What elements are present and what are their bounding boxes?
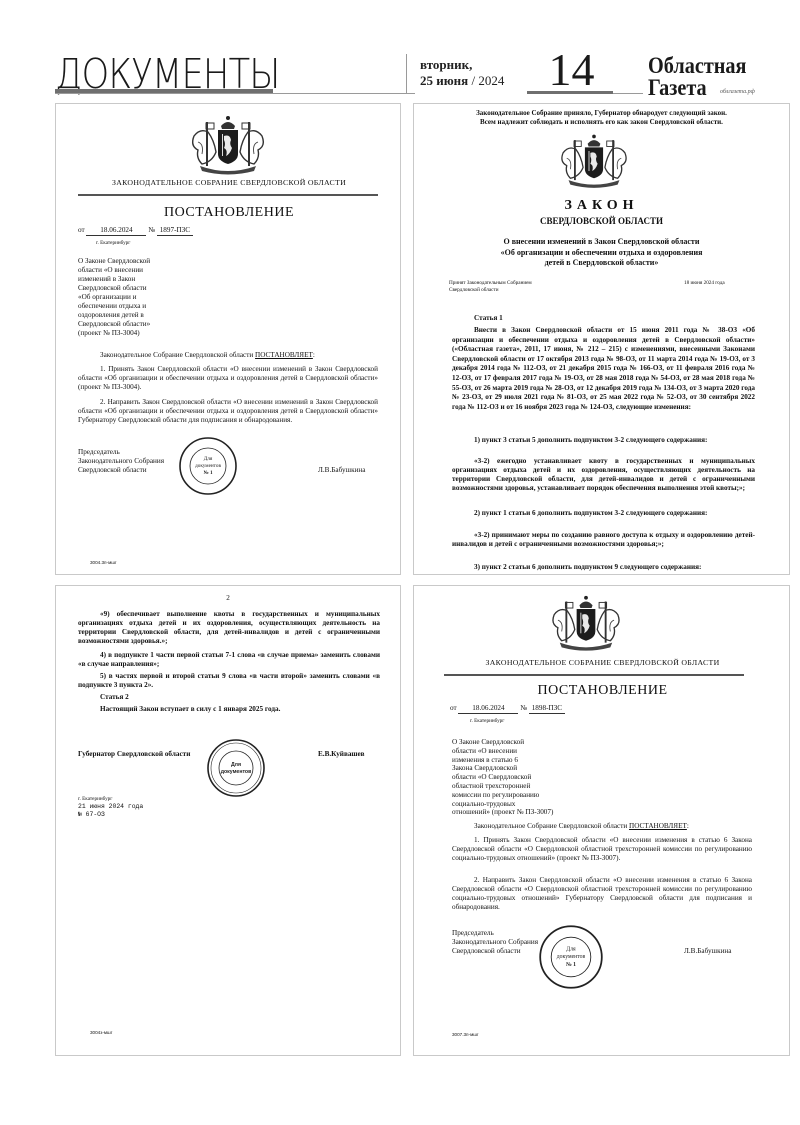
resolves-line: Законодательное Собрание Свердловской об… bbox=[452, 822, 752, 831]
decree-subject: О Законе Свердловскойобласти «О внесении… bbox=[452, 738, 592, 817]
svg-text:Для: Для bbox=[231, 762, 241, 768]
decree-number: 1898-ПЗС bbox=[529, 704, 565, 714]
document-resolution-1898: ЗАКОНОДАТЕЛЬНОЕ СОБРАНИЕ СВЕРДЛОВСКОЙ ОБ… bbox=[413, 585, 790, 1056]
resolution-item-2: 2. Направить Закон Свердловской области … bbox=[78, 398, 378, 425]
law-point-2-quote: «3-2) принимают меры по созданию равного… bbox=[452, 531, 755, 549]
law-point-5: 5) в частях первой и второй статьи 9 сло… bbox=[78, 672, 380, 690]
governor-name: Е.В.Куйвашев bbox=[318, 750, 365, 759]
decree-date-number: от 18.06.2024 № 1898-ПЗС bbox=[450, 704, 565, 714]
decree-subject: О Законе Свердловскойобласти «О внесении… bbox=[78, 257, 198, 338]
official-stamp-icon: Для документов № 1 bbox=[538, 924, 604, 990]
document-law: Законодательное Собрание приняло, Губерн… bbox=[413, 103, 790, 575]
law-page-number: 2 bbox=[56, 594, 400, 603]
footer-code: 3004з-мшг bbox=[90, 1030, 112, 1035]
law-point-1: 1) пункт 3 статьи 5 дополнить подпунктом… bbox=[452, 436, 755, 445]
header-rule-right bbox=[613, 93, 643, 94]
document-resolution-1897: ЗАКОНОДАТЕЛЬНОЕ СОБРАНИЕ СВЕРДЛОВСКОЙ ОБ… bbox=[55, 103, 401, 575]
decree-title: ПОСТАНОВЛЕНИЕ bbox=[434, 683, 771, 699]
decree-title: ПОСТАНОВЛЕНИЕ bbox=[76, 205, 382, 221]
page-number-underline bbox=[527, 91, 613, 94]
document-law-page-2: 2 «9) обеспечивает выполнение квоты в го… bbox=[55, 585, 401, 1056]
svg-text:документов: документов bbox=[221, 769, 252, 775]
article-1-title: Статья 1 bbox=[474, 314, 503, 323]
org-rule bbox=[444, 674, 744, 676]
law-point-4: 4) в подпункте 1 части первой статьи 7-1… bbox=[78, 651, 380, 669]
law-title: ЗАКОН bbox=[414, 198, 789, 214]
resolves-line: Законодательное Собрание Свердловской об… bbox=[78, 351, 378, 360]
svg-text:документов: документов bbox=[195, 463, 221, 469]
decree-city: г. Екатеринбург bbox=[96, 240, 130, 247]
resolution-item-1: 1. Принять Закон Свердловской области «О… bbox=[452, 836, 752, 863]
issue-weekday: вторник, bbox=[420, 57, 472, 73]
decree-date: 18.06.2024 bbox=[458, 704, 518, 714]
signer-title: ПредседательЗаконодательного СобранияСве… bbox=[452, 929, 538, 956]
article-2-title: Статья 2 bbox=[100, 693, 129, 702]
official-stamp-icon: Для документов bbox=[206, 738, 266, 798]
decree-date: 18.06.2024 bbox=[86, 226, 146, 236]
org-name: ЗАКОНОДАТЕЛЬНОЕ СОБРАНИЕ СВЕРДЛОВСКОЙ ОБ… bbox=[434, 658, 771, 667]
article-1-text: Внести в Закон Свердловской области от 1… bbox=[452, 326, 755, 412]
org-rule bbox=[78, 194, 378, 196]
svg-text:Для: Для bbox=[566, 946, 576, 952]
coat-of-arms-icon bbox=[554, 130, 634, 192]
svg-text:№ 1: № 1 bbox=[203, 470, 213, 476]
resolution-item-1: 1. Принять Закон Свердловской области «О… bbox=[78, 365, 378, 392]
decree-city: г. Екатеринбург bbox=[470, 718, 504, 725]
law-adopted-by: Принят Законодательным СобраниемСвердлов… bbox=[449, 280, 532, 294]
signer-name: Л.В.Бабушкина bbox=[684, 947, 731, 956]
law-preamble: Законодательное Собрание приняло, Губерн… bbox=[414, 109, 789, 127]
governor-title: Губернатор Свердловской области bbox=[78, 750, 190, 759]
law-point-3: 3) пункт 2 статьи 6 дополнить подпунктом… bbox=[452, 563, 755, 572]
header-divider bbox=[406, 54, 407, 94]
signer-name: Л.В.Бабушкина bbox=[318, 466, 365, 475]
law-point-3-quote: «9) обеспечивает выполнение квоты в госу… bbox=[78, 610, 380, 646]
article-2-text: Настоящий Закон вступает в силу с 1 янва… bbox=[100, 705, 280, 714]
signer-title: ПредседательЗаконодательного СобранияСве… bbox=[78, 448, 164, 475]
decree-date-number: от 18.06.2024 № 1897-ПЗС bbox=[78, 226, 193, 236]
header-rule bbox=[55, 93, 415, 94]
law-number: № 67-ОЗ bbox=[78, 811, 105, 819]
law-sign-city: г. Екатеринбург bbox=[78, 796, 112, 803]
decree-number: 1897-ПЗС bbox=[157, 226, 193, 236]
law-point-1-quote: «3-2) ежегодно устанавливает квоту в гос… bbox=[452, 457, 755, 493]
brand-url: облгазета.рф bbox=[720, 89, 755, 95]
law-adopted-date: 18 июня 2024 года bbox=[684, 280, 725, 287]
masthead: ДОКУМЕНТЫ вторник, 25 июня / 2024 14 Обл… bbox=[0, 0, 800, 100]
org-name: ЗАКОНОДАТЕЛЬНОЕ СОБРАНИЕ СВЕРДЛОВСКОЙ ОБ… bbox=[76, 178, 382, 187]
svg-text:документов: документов bbox=[557, 954, 586, 960]
page-number: 14 bbox=[540, 43, 603, 96]
official-stamp-icon: Для документов № 1 bbox=[178, 436, 238, 496]
footer-code: 3004.3п-мшг bbox=[90, 560, 117, 565]
law-subtitle: СВЕРДЛОВСКОЙ ОБЛАСТИ bbox=[414, 216, 789, 226]
resolution-item-2: 2. Направить Закон Свердловской области … bbox=[452, 876, 752, 912]
svg-text:Для: Для bbox=[204, 456, 213, 462]
law-sign-date: 21 июня 2024 года bbox=[78, 803, 143, 811]
law-heading: О внесении изменений в Закон Свердловско… bbox=[414, 237, 789, 269]
coat-of-arms-icon bbox=[184, 114, 272, 176]
coat-of-arms-icon bbox=[544, 594, 628, 652]
footer-code: 3007.3п-мшг bbox=[452, 1032, 479, 1037]
law-point-2: 2) пункт 1 статьи 6 дополнить подпунктом… bbox=[452, 509, 755, 518]
svg-text:№ 1: № 1 bbox=[566, 962, 576, 968]
issue-date: 25 июня / 2024 bbox=[420, 73, 504, 89]
brand-logo-line2: Газета bbox=[648, 75, 707, 101]
